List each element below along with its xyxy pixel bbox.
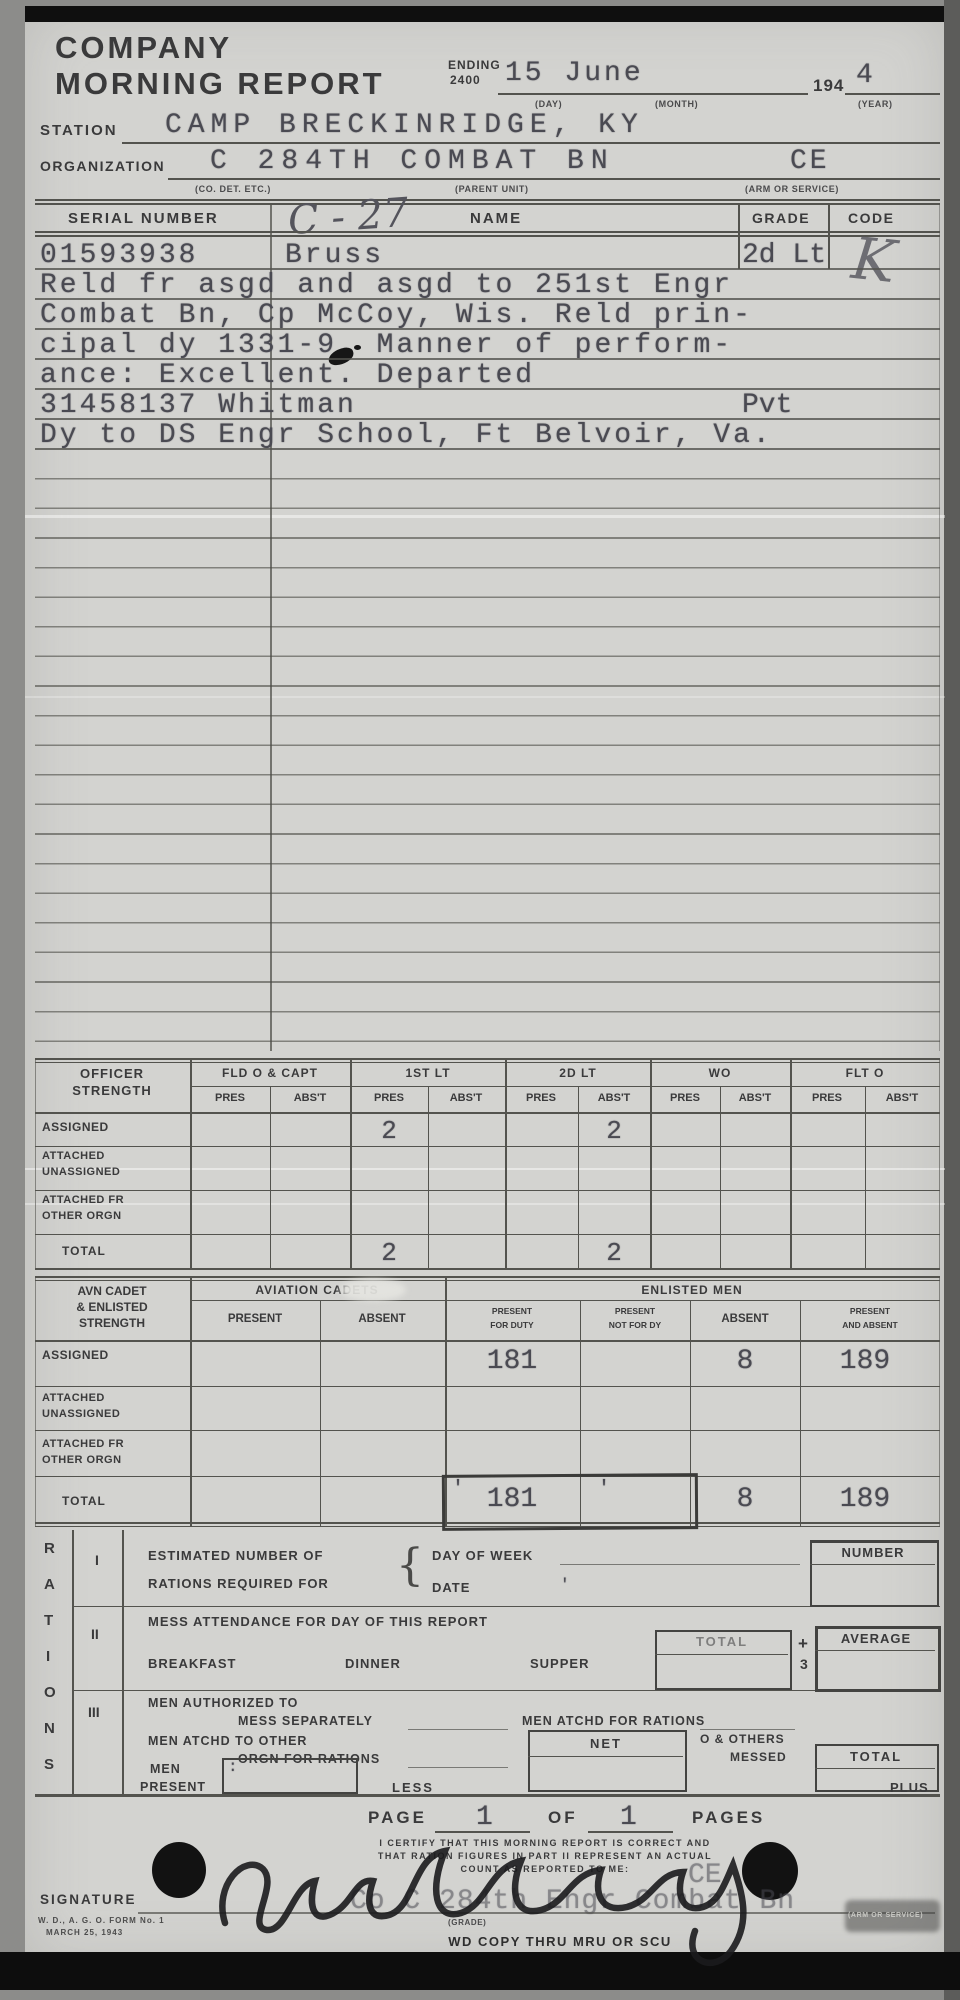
enlisted-assigned-absent: 8 xyxy=(737,1346,754,1377)
enlisted-sub: AND ABSENT xyxy=(842,1320,897,1330)
officer-sub-abst: ABS'T xyxy=(294,1092,327,1104)
rule xyxy=(190,1300,940,1301)
scan-right-band xyxy=(944,0,960,2000)
date-underline xyxy=(498,93,808,95)
average-box-label: AVERAGE xyxy=(841,1631,911,1646)
rule-vertical xyxy=(190,1058,192,1268)
rule xyxy=(35,1190,940,1191)
officer-row-label: OTHER ORGN xyxy=(42,1210,122,1222)
rule-vertical xyxy=(35,1276,36,1526)
rule xyxy=(560,1564,800,1565)
rule xyxy=(35,1234,940,1235)
rule xyxy=(35,388,940,390)
supper-label: SUPPER xyxy=(530,1656,589,1671)
net-box-label: NET xyxy=(590,1736,622,1751)
rule-vertical xyxy=(790,1058,792,1268)
rations-letter: A xyxy=(44,1576,55,1593)
rations-letter: O xyxy=(44,1684,56,1701)
year-label: (YEAR) xyxy=(858,99,893,109)
form-title-line2: MORNING REPORT xyxy=(55,66,385,102)
breakfast-label: BREAKFAST xyxy=(148,1656,236,1671)
divide-3: 3 xyxy=(800,1656,808,1672)
men-atchd-for-rations-label: MEN ATCHD FOR RATIONS xyxy=(522,1714,705,1728)
rule-vertical xyxy=(72,1530,74,1794)
month-label: (MONTH) xyxy=(655,99,698,109)
rations-sec3-line1: MEN AUTHORIZED TO xyxy=(148,1696,298,1710)
signature-label: SIGNATURE xyxy=(40,1892,137,1907)
enlisted-row-label: ATTACHED xyxy=(42,1392,105,1404)
rule xyxy=(815,1650,935,1651)
roster-line-text: cipal dy 1331-9. Manner of perform- xyxy=(40,330,733,361)
dinner-label: DINNER xyxy=(345,1656,401,1671)
enlisted-sub: ABSENT xyxy=(358,1313,405,1325)
rule xyxy=(35,231,940,233)
roster-line-name: Bruss xyxy=(285,240,384,271)
rule xyxy=(35,1794,940,1797)
rations-letter: S xyxy=(44,1756,54,1773)
rule-vertical xyxy=(650,1058,652,1268)
rule-vertical xyxy=(939,1276,940,1526)
co-det-label: (CO. DET. ETC.) xyxy=(195,184,271,194)
year-underline xyxy=(845,93,940,95)
officer-row-label: ATTACHED xyxy=(42,1150,105,1162)
parent-unit-label: (PARENT UNIT) xyxy=(455,184,529,194)
enlisted-sub: PRESENT xyxy=(850,1306,890,1316)
rations-numeral-2: II xyxy=(91,1626,99,1642)
rations-letter: R xyxy=(44,1540,55,1557)
ending-2400-label: 2400 xyxy=(450,73,481,87)
rule xyxy=(35,358,940,360)
enlisted-row-label: TOTAL xyxy=(62,1494,106,1508)
officer-strength-header: STRENGTH xyxy=(72,1083,152,1098)
officer-sub-pres: PRES xyxy=(374,1092,404,1104)
rule-vertical xyxy=(190,1276,192,1526)
rule xyxy=(810,1564,935,1565)
roster-line-grade: 2d Lt xyxy=(742,240,826,271)
rule xyxy=(35,1268,940,1270)
form-number-line2: MARCH 25, 1943 xyxy=(46,1928,123,1937)
enlisted-sub: PRESENT xyxy=(228,1313,282,1325)
station-label: STATION xyxy=(40,122,118,139)
rule-vertical xyxy=(122,1530,124,1794)
scan-top-bar xyxy=(25,6,945,22)
present-label: PRESENT xyxy=(140,1780,206,1794)
rule xyxy=(408,1767,508,1768)
enlisted-sub: PRESENT xyxy=(615,1306,655,1316)
arm-service-label: (ARM OR SERVICE) xyxy=(745,184,839,194)
enlisted-row-label: OTHER ORGN xyxy=(42,1454,122,1466)
officer-sub-pres: PRES xyxy=(670,1092,700,1104)
rule xyxy=(35,199,940,201)
rule-vertical xyxy=(800,1300,801,1526)
form-number-line1: W. D., A. G. O. FORM No. 1 xyxy=(38,1916,165,1925)
rations-letter: I xyxy=(46,1648,50,1665)
rule xyxy=(528,1756,683,1757)
rule-vertical xyxy=(505,1058,507,1268)
divide-plus: + xyxy=(798,1634,808,1654)
mess-separately-label: MESS SEPARATELY xyxy=(238,1714,373,1728)
rule xyxy=(35,203,940,205)
enlisted-total-present-and-absent: 189 xyxy=(840,1484,890,1515)
rule xyxy=(35,1340,940,1342)
day-label: (DAY) xyxy=(535,99,562,109)
officer-total-2dlt-abst: 2 xyxy=(606,1238,622,1268)
officer-sub-abst: ABS'T xyxy=(739,1092,772,1104)
organization-value: C 284TH COMBAT BN xyxy=(210,146,615,177)
officer-row-label: ATTACHED FR xyxy=(42,1194,124,1206)
rule-vertical xyxy=(35,1058,36,1268)
mess-total-box-label: TOTAL xyxy=(696,1634,748,1649)
rule-vertical xyxy=(865,1086,866,1268)
rations-total-box-label: TOTAL xyxy=(850,1749,902,1764)
empty-ruled-rows xyxy=(35,450,940,1051)
plus-label: PLUS xyxy=(890,1780,929,1795)
rule xyxy=(35,1112,940,1114)
rule xyxy=(35,1146,940,1147)
roster-line-serial: 01593938 xyxy=(40,240,198,271)
officer-col-group: 1ST LT xyxy=(405,1066,450,1080)
name-header: NAME xyxy=(470,210,522,227)
tick-mark: ' xyxy=(560,1576,570,1594)
rations-letter: T xyxy=(44,1612,53,1629)
officer-col-group: FLD O & CAPT xyxy=(222,1066,318,1080)
station-underline xyxy=(122,142,940,144)
year-prefix: 194 xyxy=(813,76,844,96)
rule-vertical xyxy=(428,1086,429,1268)
roster-line-serial: 31458137 Whitman xyxy=(40,390,357,421)
rations-sec1-line2: RATIONS REQUIRED FOR xyxy=(148,1576,329,1591)
officer-sub-pres: PRES xyxy=(215,1092,245,1104)
roster-line-text: Dy to DS Engr School, Ft Belvoir, Va. xyxy=(40,420,773,451)
rule xyxy=(72,1690,940,1691)
enlisted-total-absent: 8 xyxy=(737,1484,754,1515)
rule xyxy=(190,1086,940,1087)
enlisted-sub: PRESENT xyxy=(492,1306,532,1316)
scan-streak xyxy=(25,1203,945,1205)
form-title-line1: COMPANY xyxy=(55,30,232,66)
men-atchd-to-other-label: MEN ATCHD TO OTHER xyxy=(148,1734,307,1748)
enlisted-strength-header: AVN CADET xyxy=(77,1284,146,1298)
rule xyxy=(35,418,940,420)
white-smudge xyxy=(340,1279,406,1301)
roster-line-text: Combat Bn, Cp McCoy, Wis. Reld prin- xyxy=(40,300,753,331)
rations-sec2-title: MESS ATTENDANCE FOR DAY OF THIS REPORT xyxy=(148,1614,488,1629)
rule-vertical xyxy=(939,1058,940,1268)
serial-number-header: SERIAL NUMBER xyxy=(68,210,219,227)
officer-sub-abst: ABS'T xyxy=(598,1092,631,1104)
rule xyxy=(700,1729,795,1730)
rations-letter: N xyxy=(44,1720,55,1737)
rations-numeral-1: I xyxy=(95,1552,99,1568)
men-label: MEN xyxy=(150,1762,181,1776)
rule xyxy=(35,235,940,237)
officer-strength-header: OFFICER xyxy=(80,1066,144,1081)
officer-row-label: TOTAL xyxy=(62,1244,106,1258)
report-date-value: 15 June xyxy=(505,58,644,89)
officer-col-group: FLT O xyxy=(846,1066,885,1080)
organization-underline xyxy=(168,178,940,180)
roster-code-handwritten: K xyxy=(849,224,899,296)
rations-date-label: DATE xyxy=(432,1580,470,1595)
rule-vertical xyxy=(578,1086,579,1268)
ending-label: ENDING xyxy=(448,58,501,72)
officer-assigned-1stlt-pres: 2 xyxy=(381,1116,397,1146)
rations-numeral-3: III xyxy=(88,1704,100,1720)
officer-sub-abst: ABS'T xyxy=(886,1092,919,1104)
rule-vertical xyxy=(828,203,830,269)
rule xyxy=(35,1386,940,1387)
officer-row-label: UNASSIGNED xyxy=(42,1166,120,1178)
tick-mark: ' xyxy=(598,1478,610,1501)
rule xyxy=(35,268,940,270)
officer-assigned-2dlt-abst: 2 xyxy=(606,1116,622,1146)
rule xyxy=(35,298,940,300)
rule xyxy=(35,1430,940,1431)
o-and-others-label: O & OTHERS xyxy=(700,1732,785,1746)
rations-sec1-line1: ESTIMATED NUMBER OF xyxy=(148,1548,323,1563)
hand-drawn-box xyxy=(442,1473,698,1531)
rations-day-of-week-label: DAY OF WEEK xyxy=(432,1548,533,1563)
officer-col-group: WO xyxy=(709,1066,732,1080)
rule-vertical xyxy=(738,203,740,269)
enlisted-sub: NOT FOR DY xyxy=(609,1320,661,1330)
roster-line-text: Reld fr asgd and asgd to 251st Engr xyxy=(40,270,733,301)
rule xyxy=(408,1729,508,1730)
rule xyxy=(815,1768,935,1769)
year-value: 4 xyxy=(856,60,873,91)
officer-row-label: ASSIGNED xyxy=(42,1120,109,1134)
rule xyxy=(35,328,940,330)
enlisted-row-label: ASSIGNED xyxy=(42,1348,109,1362)
roster-line-text: ance: Excellent. Departed xyxy=(40,360,535,391)
rule xyxy=(655,1654,788,1655)
grade-header: GRADE xyxy=(752,210,810,226)
grade-small-label: (GRADE) xyxy=(448,1918,486,1927)
enlisted-strength-header: & ENLISTED xyxy=(76,1300,147,1314)
enlisted-sub: ABSENT xyxy=(721,1313,768,1325)
ink-blot xyxy=(354,345,361,350)
enlisted-sub: FOR DUTY xyxy=(490,1320,533,1330)
rule xyxy=(35,1062,940,1063)
messed-label: MESSED xyxy=(730,1750,787,1764)
enlisted-row-label: ATTACHED FR xyxy=(42,1438,124,1450)
officer-sub-pres: PRES xyxy=(812,1092,842,1104)
enlisted-men-group: ENLISTED MEN xyxy=(641,1283,742,1297)
tick-mark: ' xyxy=(452,1478,464,1501)
organization-label: ORGANIZATION xyxy=(40,158,165,174)
rule-vertical xyxy=(270,1086,271,1268)
number-box-label: NUMBER xyxy=(841,1545,904,1560)
officer-total-1stlt-pres: 2 xyxy=(381,1238,397,1268)
officer-sub-abst: ABS'T xyxy=(450,1092,483,1104)
rule-vertical xyxy=(320,1300,321,1526)
station-value: CAMP BRECKINRIDGE, KY xyxy=(165,110,644,141)
scanned-morning-report: COMPANY MORNING REPORT ENDING 2400 15 Ju… xyxy=(0,0,960,2000)
handwritten-signature xyxy=(195,1823,755,1973)
enlisted-assigned-present-and-absent: 189 xyxy=(840,1346,890,1377)
roster-line-grade: Pvt xyxy=(742,390,792,421)
rule xyxy=(35,1280,940,1281)
officer-col-group: 2D LT xyxy=(559,1066,596,1080)
rule xyxy=(35,1276,940,1278)
arm-service-small-label: (ARM OR SERVICE) xyxy=(848,1912,923,1919)
tick-mark: : xyxy=(228,1758,238,1776)
enlisted-assigned-present-for-duty: 181 xyxy=(487,1346,537,1377)
men-present-box xyxy=(222,1758,358,1794)
rule-vertical xyxy=(720,1086,721,1268)
arm-service-value: CE xyxy=(790,146,830,177)
less-label: LESS xyxy=(392,1780,434,1795)
rule-vertical xyxy=(350,1058,352,1268)
enlisted-row-label: UNASSIGNED xyxy=(42,1408,120,1420)
wd-copy-line: WD COPY THRU MRU OR SCU xyxy=(448,1934,671,1949)
officer-sub-pres: PRES xyxy=(526,1092,556,1104)
enlisted-strength-header: STRENGTH xyxy=(79,1316,145,1330)
brace: { xyxy=(396,1540,424,1591)
rule xyxy=(35,1058,940,1060)
scan-streak xyxy=(25,1168,945,1170)
